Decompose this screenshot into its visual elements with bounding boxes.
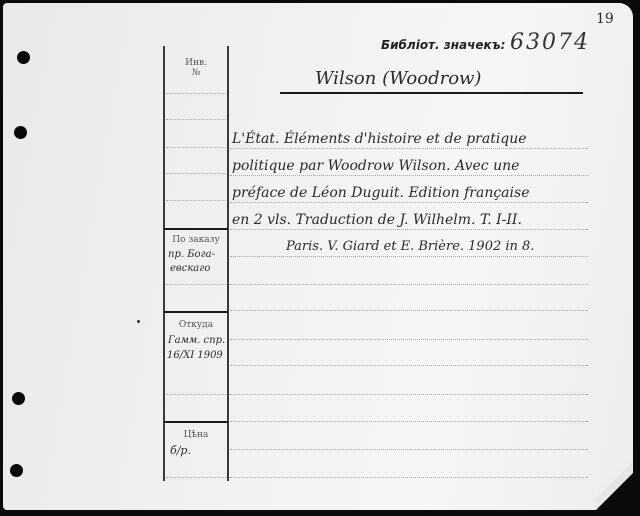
price-label: Цѣна	[165, 430, 227, 440]
punch-hole	[17, 51, 30, 64]
column-rule	[166, 147, 226, 148]
price-value: б/р.	[170, 444, 191, 457]
punch-hole	[12, 392, 25, 405]
source-value: Гамм. спр.	[168, 335, 225, 346]
column-rule	[166, 284, 226, 285]
source-label: Откуда	[165, 320, 227, 330]
ruled-line	[230, 229, 588, 230]
ruled-line	[230, 284, 588, 285]
library-mark-label: Библіот. значекъ:	[381, 38, 505, 52]
ruled-line	[230, 256, 588, 257]
section-divider	[164, 228, 228, 230]
ruled-line	[230, 339, 588, 340]
title-line: en 2 vls. Traduction de J. Wilhelm. T. I…	[232, 212, 522, 228]
author-underline	[280, 92, 583, 94]
source-value: 16/XI 1909	[167, 350, 223, 361]
section-divider	[164, 421, 228, 423]
ink-speck	[137, 320, 140, 323]
column-rule	[166, 394, 226, 395]
order-value: евскаго	[170, 263, 210, 274]
section-divider	[164, 311, 228, 313]
ruled-line	[230, 421, 588, 422]
library-mark-value: 63074	[510, 30, 590, 55]
column-rule	[166, 173, 226, 174]
ruled-line	[230, 449, 588, 450]
ruled-line	[230, 477, 588, 478]
corner-mark: 19	[596, 11, 614, 27]
column-rule	[166, 477, 226, 478]
title-line: politique par Woodrow Wilson. Avec une	[232, 158, 519, 174]
ruled-line	[230, 175, 588, 176]
ruled-line	[230, 148, 588, 149]
column-rule	[166, 119, 226, 120]
title-line: L'État. Éléments d'histoire et de pratiq…	[232, 131, 527, 147]
order-label: По заказу	[165, 235, 227, 245]
inventory-label: Инв. №	[165, 58, 227, 78]
ruled-line	[230, 394, 588, 395]
title-line: préface de Léon Duguit. Edition français…	[232, 185, 529, 201]
punch-hole	[14, 126, 27, 139]
order-value: пр. Бога-	[168, 249, 215, 260]
imprint-line: Paris. V. Giard et E. Brière. 1902 in 8.	[286, 239, 534, 254]
folded-corner-shadow	[590, 466, 640, 516]
ruled-line	[230, 310, 588, 311]
column-right-border	[227, 46, 229, 481]
punch-hole	[10, 464, 23, 477]
ruled-line	[230, 365, 588, 366]
column-rule	[166, 93, 226, 94]
ruled-line	[230, 202, 588, 203]
column-left-border	[163, 46, 165, 481]
author-heading: Wilson (Woodrow)	[315, 68, 481, 89]
column-rule	[166, 200, 226, 201]
